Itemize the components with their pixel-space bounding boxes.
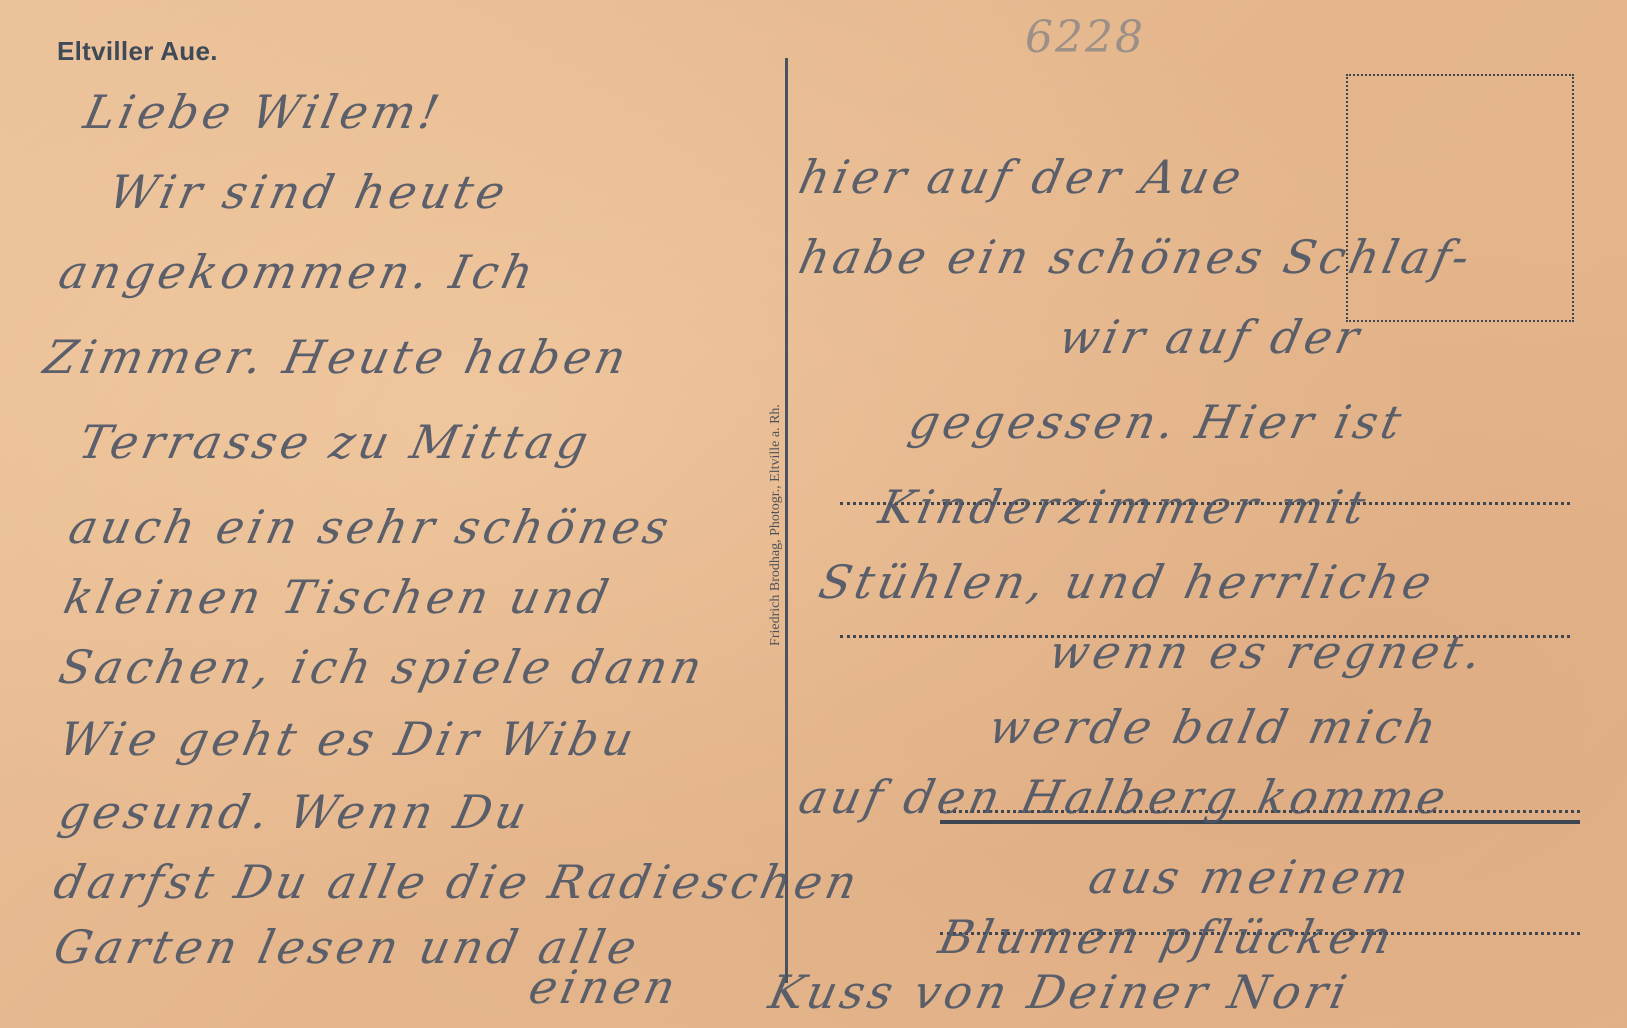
handwriting-line: Zimmer. Heute haben xyxy=(39,330,634,384)
handwriting-line: Wie geht es Dir Wibu xyxy=(54,712,642,766)
printed-title: Eltviller Aue. xyxy=(57,36,218,67)
publisher-imprint: Friedrich Brodhag, Photogr., Eltville a.… xyxy=(768,404,784,646)
handwriting-line: Liebe Wilem! xyxy=(79,85,447,139)
handwriting-line: angekommen. Ich xyxy=(54,245,542,299)
handwriting-line: Terrasse zu Mittag xyxy=(74,415,596,469)
handwriting-line: habe ein schönes Schlaf- xyxy=(794,230,1478,284)
handwriting-line: hier auf der Aue xyxy=(794,150,1250,204)
handwriting-line: gegessen. Hier ist xyxy=(904,395,1410,449)
handwriting-line: Kuss von Deiner Nori xyxy=(764,965,1355,1019)
handwriting-line: wenn es regnet. xyxy=(1044,625,1490,679)
handwriting-line: darfst Du alle die Radieschen xyxy=(49,855,865,909)
handwriting-line: kleinen Tischen und xyxy=(59,570,617,624)
handwriting-line: gesund. Wenn Du xyxy=(54,785,535,839)
handwriting-line: Wir sind heute xyxy=(104,165,513,219)
handwriting-line: wir auf der xyxy=(1054,310,1368,364)
handwriting-line: einen xyxy=(524,960,684,1014)
center-divider xyxy=(785,58,788,983)
postcard: Eltviller Aue. 6228 Friedrich Brodhag, P… xyxy=(0,0,1627,1028)
handwriting-line: Blumen pflücken xyxy=(934,910,1400,964)
handwriting-line: Stühlen, und herrliche xyxy=(814,555,1440,609)
handwriting-line: auf den Halberg komme xyxy=(794,770,1454,824)
handwriting-line: Kinderzimmer mit xyxy=(874,480,1374,534)
archive-number: 6228 xyxy=(1025,12,1145,63)
handwriting-line: Sachen, ich spiele dann xyxy=(54,640,710,694)
handwriting-line: aus meinem xyxy=(1084,850,1417,904)
stamp-box xyxy=(1346,74,1574,322)
handwriting-line: auch ein sehr schönes xyxy=(64,500,677,554)
handwriting-line: werde bald mich xyxy=(984,700,1445,754)
